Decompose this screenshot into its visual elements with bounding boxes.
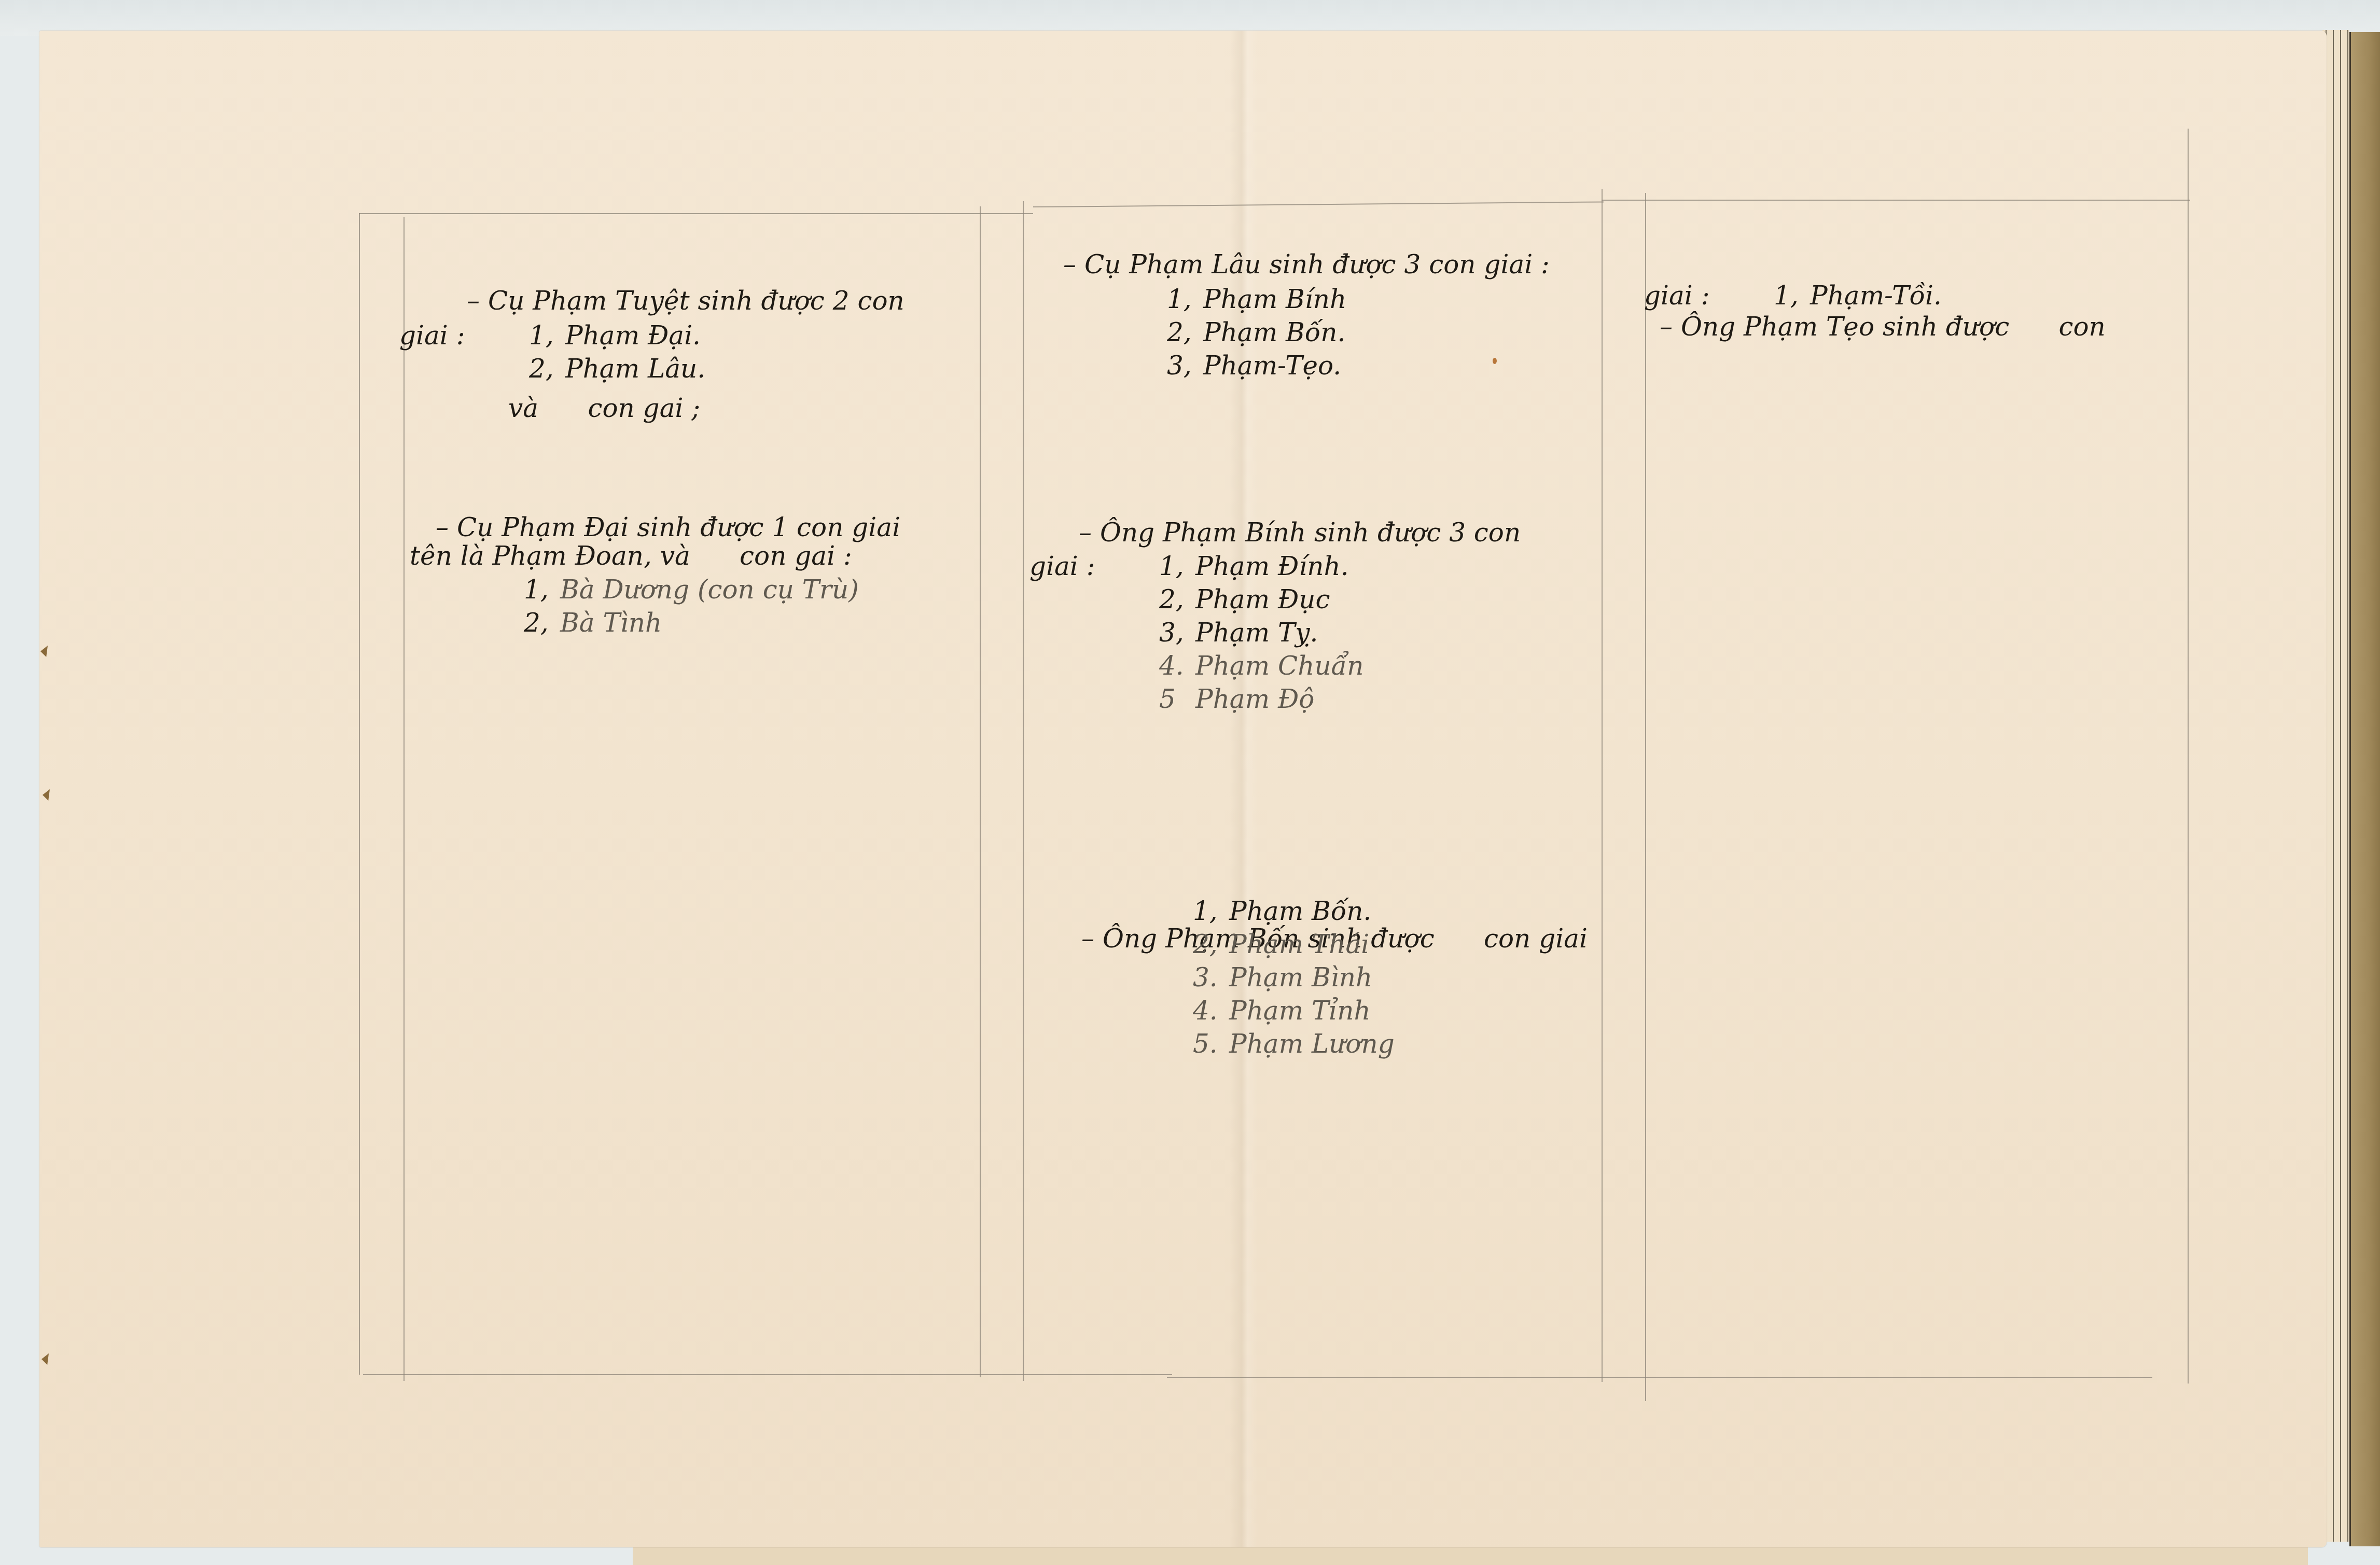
child-name: Phạm Tỉnh — [1229, 996, 1371, 1026]
entry-pham-binh-sons: giai :1,Phạm Đính. 2,Phạm Đục 3,Phạm Tỵ.… — [1029, 550, 1363, 716]
entry-pham-tuyet: – Cụ Phạm Tuyệt sinh được 2 con — [467, 284, 904, 317]
child-name: Phạm Thái — [1229, 929, 1369, 959]
list-item: 3,Phạm Tỵ. — [1159, 616, 1363, 649]
entry-heading: – Cụ Phạm Tuyệt sinh được 2 con — [467, 284, 904, 317]
child-name: Phạm Bốn. — [1203, 317, 1345, 347]
child-name: Phạm Tỵ. — [1195, 618, 1318, 648]
child-name: Phạm Bính — [1203, 284, 1346, 314]
list-item: 2,Phạm Đục — [1159, 583, 1363, 616]
child-name: Phạm Đính. — [1195, 551, 1349, 581]
entry-heading: – Ông Phạm Tẹo sinh được con — [1660, 310, 2106, 343]
pencil-rule-left-outer — [359, 213, 360, 1375]
child-name: Phạm Đục — [1195, 584, 1330, 614]
child-name: Bà Dương (con cụ Trù) — [560, 575, 859, 605]
child-name: Phạm Lương — [1229, 1029, 1395, 1059]
book-cover-edge — [2349, 32, 2380, 1546]
entry-pham-binh: – Ông Phạm Bính sinh được 3 con — [1079, 516, 1521, 549]
list-item: 3.Phạm Bình — [1193, 961, 1395, 994]
entry-pham-dai-line2: tên là Phạm Đoan, và con gai : — [410, 539, 852, 572]
pencil-rule-right-bottom — [1167, 1377, 2152, 1378]
list-item: 1,Bà Dương (con cụ Trù) — [524, 573, 859, 606]
label-giai: giai : — [1029, 550, 1159, 583]
child-name: Phạm Lâu. — [565, 354, 705, 384]
child-name: Phạm Bốn. — [1229, 896, 1371, 926]
child-name: Phạm-Tẹo. — [1203, 351, 1341, 381]
pencil-rule-left-top — [359, 213, 1033, 214]
child-name: Phạm-Tồi. — [1810, 281, 1942, 311]
list-item: 2,Phạm Bốn. — [1167, 316, 1346, 349]
pencil-rule-middle-left — [1023, 201, 1024, 1381]
label-giai: giai : — [399, 319, 529, 352]
entry-heading: – Cụ Phạm Lâu sinh được 3 con giai : — [1063, 248, 1550, 281]
entry-pham-dai-daughters: 1,Bà Dương (con cụ Trù) 2,Bà Tình — [524, 573, 859, 639]
pencil-rule-middle-right — [1602, 189, 1603, 1382]
ink-spot — [1493, 358, 1497, 364]
list-item: 2,Phạm Thái — [1193, 928, 1395, 961]
entry-pham-tuyet-sons: giai :1,Phạm Đại. 2,Phạm Lâu. và con gai… — [399, 319, 705, 425]
list-item: 4.Phạm Chuẩn — [1159, 649, 1363, 682]
pencil-rule-right-inner — [1645, 193, 1646, 1401]
entry-heading: – Ông Phạm Bính sinh được 3 con — [1079, 516, 1521, 549]
child-name: Phạm Bình — [1229, 962, 1372, 993]
list-item: 1,Phạm Bính — [1167, 283, 1346, 316]
list-item: 1,Phạm Bốn. — [1193, 895, 1395, 928]
pencil-rule-left-column-right — [980, 206, 981, 1377]
entry-pham-lau: – Cụ Phạm Lâu sinh được 3 con giai : — [1063, 248, 1550, 281]
entry-pham-bon-sons: 1,Phạm Bốn. 2,Phạm Thái 3.Phạm Bình 4.Ph… — [1193, 895, 1395, 1060]
list-item: 5Phạm Độ — [1159, 682, 1363, 716]
list-item: 3,Phạm-Tẹo. — [1167, 349, 1346, 382]
pencil-rule-right-top — [1602, 200, 2190, 201]
pencil-rule-left-bottom — [363, 1374, 1172, 1375]
list-item: 4.Phạm Tỉnh — [1193, 994, 1395, 1027]
list-item: 5.Phạm Lương — [1193, 1027, 1395, 1060]
entry-pham-teo-sons: giai :1,Phạm-Tồi. — [1644, 279, 1942, 312]
entry-pham-lau-sons: 1,Phạm Bính 2,Phạm Bốn. 3,Phạm-Tẹo. — [1167, 283, 1346, 382]
child-name: Phạm Đại. — [565, 320, 701, 351]
label-giai: giai : — [1644, 279, 1774, 312]
child-name: Bà Tình — [560, 608, 662, 638]
child-name: Phạm Độ — [1195, 684, 1314, 714]
list-item: 2,Bà Tình — [524, 606, 859, 639]
daughters-label: và con gai ; — [508, 392, 705, 425]
pencil-rule-right-outer — [2188, 129, 2189, 1384]
child-name: Phạm Chuẩn — [1195, 651, 1363, 681]
